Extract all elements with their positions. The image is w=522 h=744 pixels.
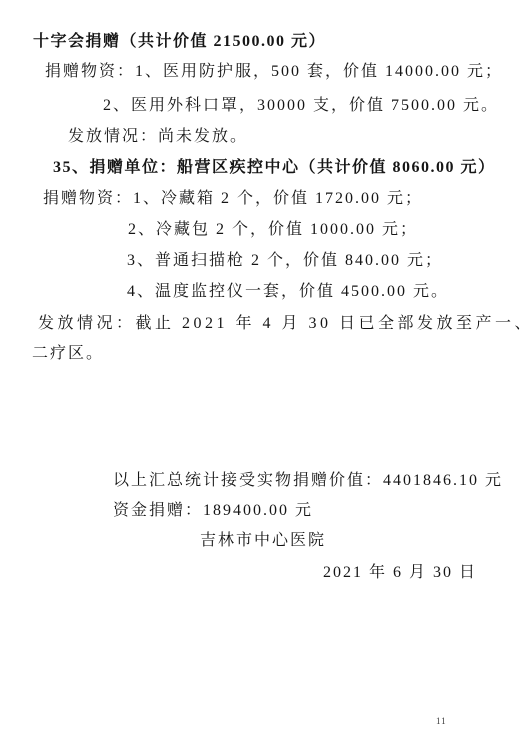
summary-total-cash: 资金捐赠：189400.00 元 [113, 501, 313, 521]
section-35-item-3: 3、普通扫描枪 2 个，价值 840.00 元； [127, 251, 443, 271]
section-35-distribution-line-2: 二疗区。 [32, 344, 104, 364]
section-34-items-line-1: 捐赠物资：1、医用防护服，500 套，价值 14000.00 元； [45, 62, 503, 82]
section-34-heading-continuation: 十字会捐赠（共计价值 21500.00 元） [33, 32, 326, 52]
section-35-heading: 35、捐赠单位：船营区疾控中心（共计价值 8060.00 元） [53, 158, 496, 178]
document-page: 十字会捐赠（共计价值 21500.00 元） 捐赠物资：1、医用防护服，500 … [0, 0, 522, 744]
section-35-item-2: 2、冷藏包 2 个，价值 1000.00 元； [128, 220, 418, 240]
section-34-distribution-status: 发放情况：尚未发放。 [68, 127, 248, 147]
signature-date: 2021 年 6 月 30 日 [323, 563, 477, 583]
summary-total-in-kind: 以上汇总统计接受实物捐赠价值：4401846.10 元 [113, 471, 503, 491]
section-35-distribution-line-1: 发放情况：截止 2021 年 4 月 30 日已全部发放至产一、产 [38, 314, 522, 334]
section-35-items-line-1: 捐赠物资：1、冷藏箱 2 个，价值 1720.00 元； [43, 189, 423, 209]
section-35-item-4: 4、温度监控仪一套，价值 4500.00 元。 [127, 282, 449, 302]
section-34-item-2: 2、医用外科口罩，30000 支，价值 7500.00 元。 [103, 96, 499, 116]
signature-organization: 吉林市中心医院 [200, 531, 326, 551]
page-number: 11 [436, 716, 447, 726]
